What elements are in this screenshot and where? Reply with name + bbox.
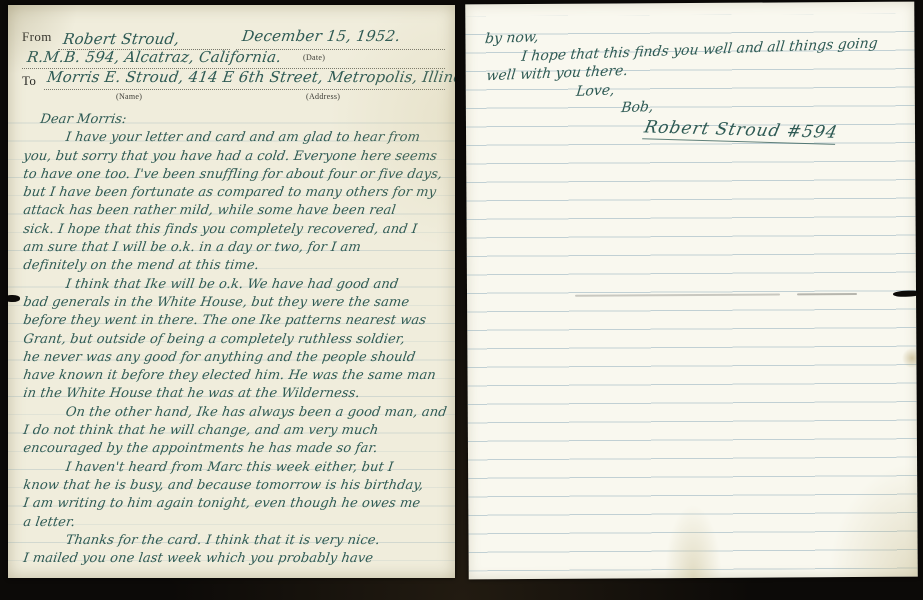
binding-notch xyxy=(893,290,918,297)
handwritten-line: but I have been fortunate as compared to… xyxy=(22,184,455,202)
date-handwritten: December 15, 1952. xyxy=(241,27,402,45)
handwritten-line: you, but sorry that you have had a cold.… xyxy=(22,148,455,166)
handwritten-line: I do not think that he will change, and … xyxy=(22,422,455,440)
handwritten-line: encouraged by the appointments he has ma… xyxy=(22,440,455,458)
handwritten-line: attack has been rather mild, while some … xyxy=(22,202,455,220)
handwritten-line: I haven't heard from Marc this week eith… xyxy=(22,459,455,477)
handwritten-line: I mailed you one last week which you pro… xyxy=(22,550,455,568)
date-caption: (Date) xyxy=(303,53,325,62)
to-value-handwritten: Morris E. Stroud, 414 E 6th Street, Metr… xyxy=(46,68,455,86)
letter-body-page-2: by now, I hope that this finds you well … xyxy=(483,14,909,122)
handwritten-line: definitely on the mend at this time. xyxy=(22,257,455,275)
binding-notch xyxy=(8,295,20,302)
handwritten-line: bad generals in the White House, but the… xyxy=(22,294,455,312)
name-caption: (Name) xyxy=(116,92,142,101)
handwritten-line: a letter. xyxy=(22,514,455,532)
signature-handwritten: Robert Stroud #594 xyxy=(642,117,840,144)
handwritten-line: On the other hand, Ike has always been a… xyxy=(22,404,455,422)
pencil-smudge xyxy=(797,293,857,295)
handwritten-line: Dear Morris: xyxy=(22,111,455,129)
from-name-handwritten: Robert Stroud, xyxy=(62,30,181,48)
handwritten-line: Grant, but outside of being a completely… xyxy=(22,331,455,349)
to-label: To xyxy=(22,73,36,89)
address-caption: (Address) xyxy=(306,92,340,101)
pencil-smudge xyxy=(575,293,780,296)
letter-body-page-1: Dear Morris: I have your letter and card… xyxy=(22,111,453,568)
handwritten-line: sick. I hope that this finds you complet… xyxy=(22,221,455,239)
handwritten-line: have known it before they elected him. H… xyxy=(22,367,455,385)
from-address-handwritten: R.M.B. 594, Alcatraz, California. xyxy=(26,48,283,66)
from-label: From xyxy=(22,29,52,45)
handwritten-line: am sure that I will be o.k. in a day or … xyxy=(22,239,455,257)
letter-page-2: by now, I hope that this finds you well … xyxy=(465,2,918,580)
handwritten-line: I have your letter and card and am glad … xyxy=(22,129,455,147)
handwritten-line: I think that Ike will be o.k. We have ha… xyxy=(22,276,455,294)
handwritten-line: in the White House that he was at the Wi… xyxy=(22,385,455,403)
handwritten-line: before they went in there. The one Ike p… xyxy=(22,312,455,330)
handwritten-line: to have one too. I've been snuffling for… xyxy=(22,166,455,184)
letter-page-1: From (Date) To (Name) (Address) Robert S… xyxy=(8,5,455,578)
handwritten-line: I am writing to him again tonight, even … xyxy=(22,495,455,513)
handwritten-line: Thanks for the card. I think that it is … xyxy=(22,532,455,550)
letter-photo: From (Date) To (Name) (Address) Robert S… xyxy=(0,0,923,600)
handwritten-line: he never was any good for anything and t… xyxy=(22,349,455,367)
to-rule-line xyxy=(44,89,445,90)
handwritten-line: know that he is busy, and because tomorr… xyxy=(22,477,455,495)
